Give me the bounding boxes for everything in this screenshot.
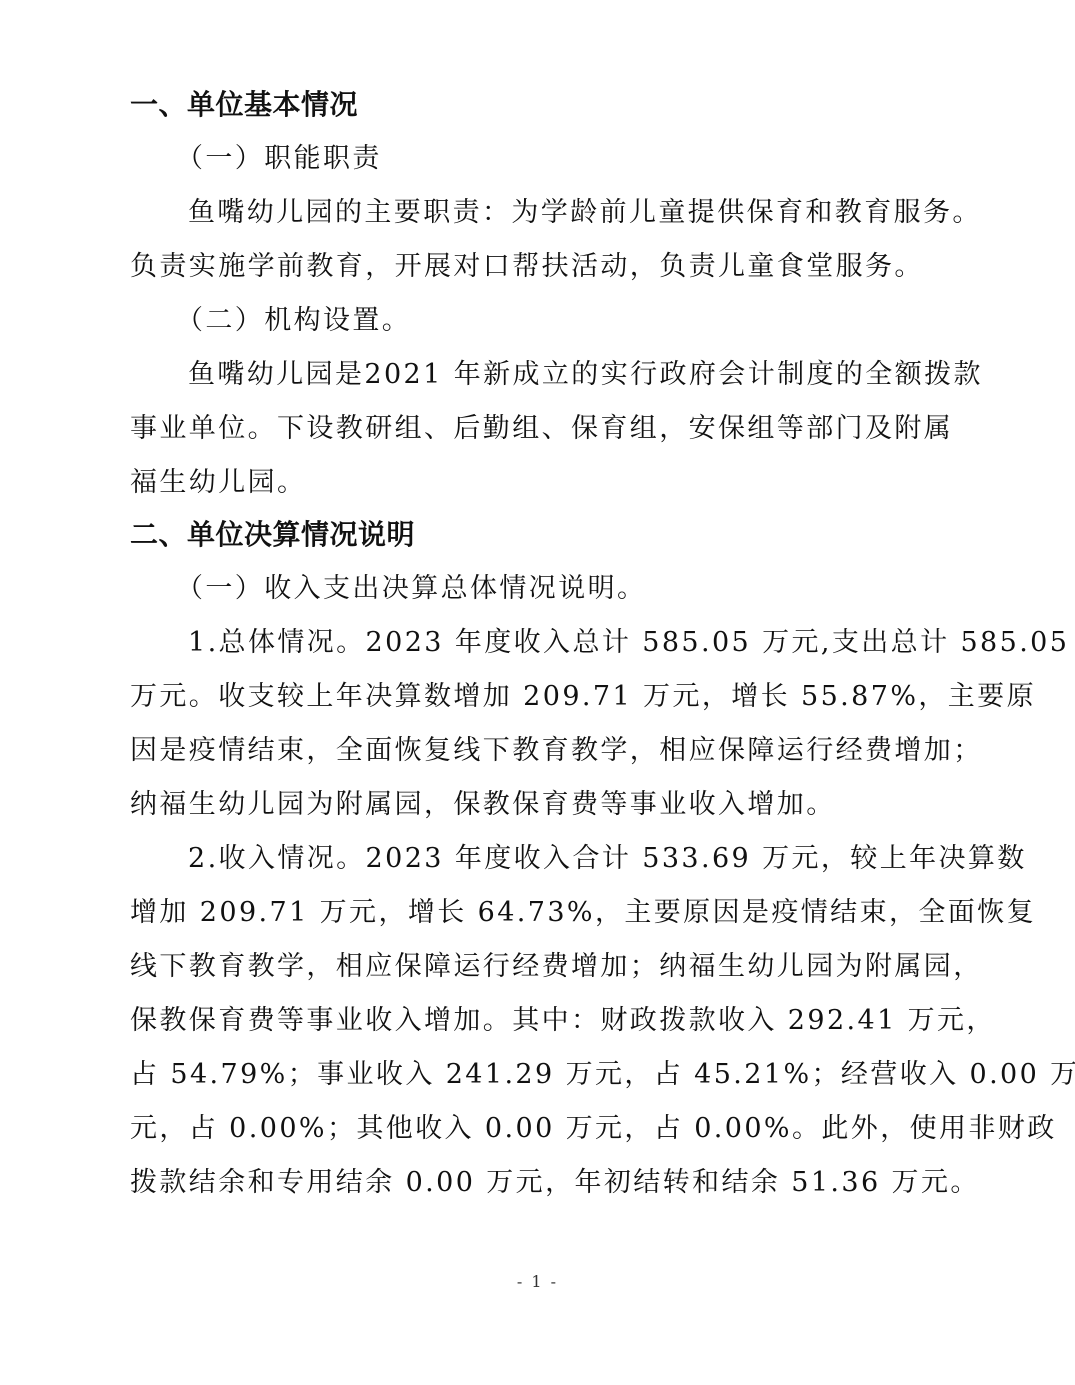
- document-page: 一、单位基本情况 （一）职能职责 鱼嘴幼儿园的主要职责：为学龄前儿童提供保育和教…: [0, 0, 1075, 1385]
- paragraph-line: 鱼嘴幼儿园是2021 年新成立的实行政府会计制度的全额拨款: [188, 357, 948, 393]
- paragraph-line: 保教保育费等事业收入增加。其中：财政拨款收入 292.41 万元，: [130, 1003, 948, 1039]
- section-heading-final-accounts: 二、单位决算情况说明: [130, 517, 415, 553]
- paragraph-line: 纳福生幼儿园为附属园，保教保育费等事业收入增加。: [130, 787, 836, 823]
- paragraph-line: 事业单位。下设教研组、后勤组、保育组，安保组等部门及附属: [130, 411, 948, 447]
- paragraph-line: 线下教育教学，相应保障运行经费增加；纳福生幼儿园为附属园，: [130, 949, 948, 985]
- page-number: - 1 -: [0, 1272, 1075, 1291]
- paragraph-line: 福生幼儿园。: [130, 465, 306, 501]
- paragraph-line: 负责实施学前教育，开展对口帮扶活动，负责儿童食堂服务。: [130, 249, 924, 285]
- paragraph-line: 万元。收支较上年决算数增加 209.71 万元，增长 55.87%，主要原: [130, 679, 948, 715]
- paragraph-line: 占 54.79%；事业收入 241.29 万元，占 45.21%；经营收入 0.…: [130, 1057, 948, 1093]
- subsection-heading-income-expense: （一）收入支出决算总体情况说明。: [176, 571, 646, 607]
- paragraph-line: 增加 209.71 万元，增长 64.73%，主要原因是疫情结束，全面恢复: [130, 895, 948, 931]
- paragraph-line: 因是疫情结束，全面恢复线下教育教学，相应保障运行经费增加；: [130, 733, 948, 769]
- subsection-heading-duties: （一）职能职责: [176, 141, 382, 177]
- section-heading-basic-info: 一、单位基本情况: [130, 87, 358, 123]
- paragraph-line: 2.收入情况。2023 年度收入合计 533.69 万元，较上年决算数: [188, 841, 948, 877]
- paragraph-line: 元，占 0.00%；其他收入 0.00 万元，占 0.00%。此外，使用非财政: [130, 1111, 948, 1147]
- subsection-heading-structure: （二）机构设置。: [176, 303, 411, 339]
- paragraph-line: 1.总体情况。2023 年度收入总计 585.05 万元,支出总计 585.05: [188, 625, 948, 661]
- paragraph-line: 拨款结余和专用结余 0.00 万元，年初结转和结余 51.36 万元。: [130, 1165, 980, 1201]
- paragraph-line: 鱼嘴幼儿园的主要职责：为学龄前儿童提供保育和教育服务。: [188, 195, 948, 231]
